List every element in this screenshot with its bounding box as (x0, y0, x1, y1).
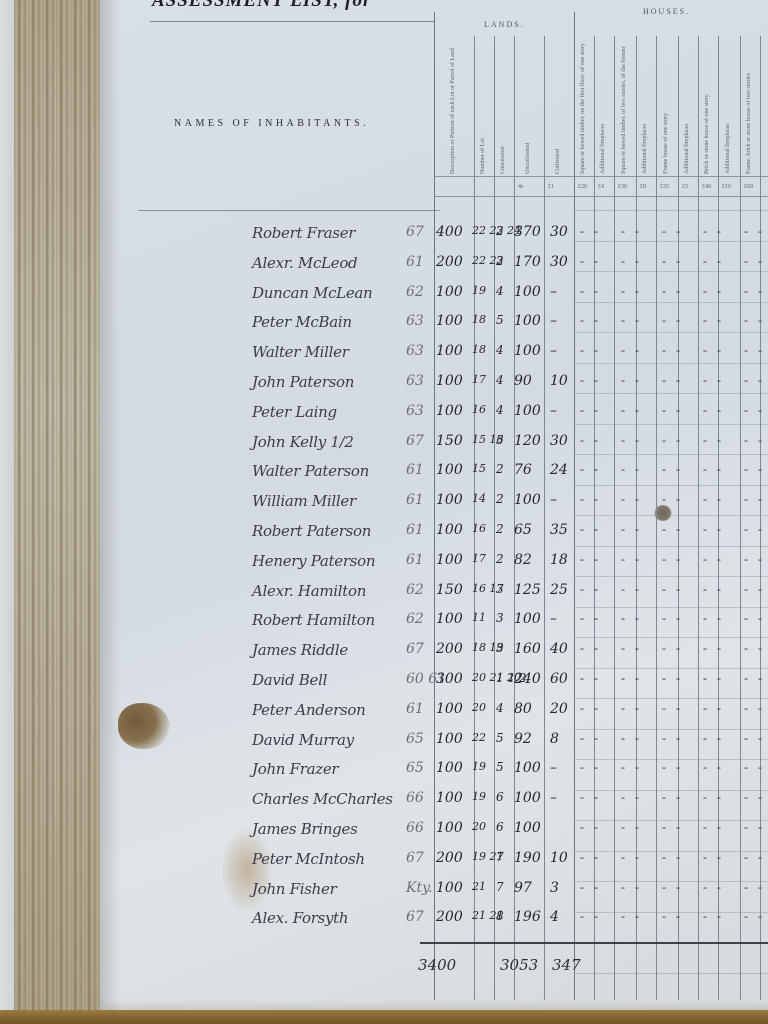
cell-lot-no: 4 (496, 701, 504, 715)
house-blank-marks: -- -- -- -- -- -- -- -- -- (580, 760, 768, 775)
cell-lot-no: 2 (496, 462, 504, 476)
cell-acres: 300 (436, 671, 463, 687)
column-unit: £5 (682, 184, 688, 190)
cell-uncultivated: 240 (514, 671, 541, 687)
cell-acres: 100 (436, 701, 463, 717)
table-row: Alexr. Hamilton6215016 17312525-- -- -- … (0, 582, 768, 610)
cell-acres: 100 (436, 760, 463, 776)
table-row: Peter Laing63100164100–-- -- -- -- -- --… (0, 403, 768, 431)
cell-lot-no: 4 (496, 373, 504, 387)
cell-lot: 63 (406, 403, 424, 419)
cell-name: David Bell (252, 671, 327, 689)
column-unit: £8 (640, 184, 646, 190)
table-row: John Paterson631001749010-- -- -- -- -- … (0, 373, 768, 401)
cell-lot: 65 (406, 731, 424, 747)
table-row: John Kelly 1/26715015 16312030-- -- -- -… (0, 433, 768, 461)
cell-acres: 100 (436, 462, 463, 478)
cell-lot: 61 (406, 462, 424, 478)
cell-lot-no: 2 (496, 492, 504, 506)
cell-name: John Fisher (252, 880, 336, 898)
cell-uncultivated: 80 (514, 701, 532, 717)
cell-con: 19 (472, 284, 486, 297)
cell-acres: 100 (436, 403, 463, 419)
cell-cultivated: 24 (550, 462, 568, 478)
cell-name: Peter Anderson (252, 701, 365, 719)
cell-name: James Bringes (252, 820, 357, 838)
cell-lot: 61 (406, 254, 424, 270)
page-title: ASSESSMENT LIST, for (152, 0, 371, 12)
cell-lot-no: 4 (496, 403, 504, 417)
cell-acres: 150 (436, 433, 463, 449)
cell-cultivated: 20 (550, 701, 568, 717)
table-row: John Frazer65100195100–-- -- -- -- -- --… (0, 760, 768, 788)
column-header: Frame, brick or stone house of two stori… (746, 40, 753, 174)
cell-lot-no: 4 (496, 284, 504, 298)
table-row: David Bell60 6130020 21 201 1 224060-- -… (0, 671, 768, 699)
table-row: Peter McBain63100185100–-- -- -- -- -- -… (0, 313, 768, 341)
cell-lot: 67 (406, 224, 424, 240)
cell-cultivated: 35 (550, 522, 568, 538)
cell-acres: 100 (436, 880, 463, 896)
house-blank-marks: -- -- -- -- -- -- -- -- -- (580, 820, 768, 835)
cell-cultivated: – (550, 343, 557, 359)
cell-uncultivated: 100 (514, 343, 541, 359)
cell-acres: 100 (436, 820, 463, 836)
cell-name: Robert Paterson (252, 522, 371, 540)
cell-name: Walter Paterson (252, 462, 369, 480)
column-unit: £20 (578, 184, 587, 190)
column-header: Additional fireplaces (725, 40, 732, 174)
cell-uncultivated: 190 (514, 850, 541, 866)
cell-lot-no: 2 (496, 552, 504, 566)
house-blank-marks: -- -- -- -- -- -- -- -- -- (580, 313, 768, 328)
cell-acres: 200 (436, 254, 463, 270)
table-row: Peter Anderson611002048020-- -- -- -- --… (0, 701, 768, 729)
cell-name: Duncan McLean (252, 284, 372, 302)
cell-con: 11 (472, 611, 486, 624)
cell-uncultivated: 170 (514, 254, 541, 270)
column-header: Uncultivated (525, 40, 532, 174)
cell-acres: 100 (436, 492, 463, 508)
house-blank-marks: -- -- -- -- -- -- -- -- -- (580, 582, 768, 597)
cell-uncultivated: 100 (514, 611, 541, 627)
cell-acres: 100 (436, 552, 463, 568)
cell-uncultivated: 196 (514, 909, 541, 925)
cell-con: 20 (472, 820, 486, 833)
total-rule (420, 942, 768, 944)
cell-cultivated: – (550, 313, 557, 329)
cell-cultivated: – (550, 760, 557, 776)
table-row: Peter McIntosh6720019 21719010-- -- -- -… (0, 850, 768, 878)
cell-name: Peter McIntosh (252, 850, 365, 868)
column-unit: £30 (618, 184, 627, 190)
table-row: James Riddle6720018 19316040-- -- -- -- … (0, 641, 768, 669)
cell-con: 19 (472, 760, 486, 773)
column-header: Additional fireplaces (684, 40, 691, 174)
cell-uncultivated: 82 (514, 552, 532, 568)
cell-lot-no: 4 (496, 343, 504, 357)
cell-lot-no: 2 (496, 254, 504, 268)
cell-lot: 62 (406, 611, 424, 627)
page-bottom-edge (100, 1000, 768, 1010)
cell-lot: 61 (406, 552, 424, 568)
table-row: Alexr. McLeod6120022 23217030-- -- -- --… (0, 254, 768, 282)
cell-con: 20 (472, 701, 486, 714)
cell-lot: 67 (406, 433, 424, 449)
cell-con: 16 (472, 403, 486, 416)
cell-acres: 400 (436, 224, 463, 240)
cell-uncultivated: 100 (514, 284, 541, 300)
cell-lot: 61 (406, 522, 424, 538)
cell-con: 16 (472, 522, 486, 535)
column-header: Description or Portion of each Lot or Pa… (450, 40, 457, 174)
cell-acres: 100 (436, 522, 463, 538)
table-row: Alex. Forsyth6720021 2181964-- -- -- -- … (0, 909, 768, 937)
cell-con: 14 (472, 492, 486, 505)
cell-lot-no: 7 (496, 880, 504, 894)
cell-name: Alex. Forsyth (252, 909, 348, 927)
cell-cultivated: 18 (550, 552, 568, 568)
column-header: Additional fireplaces (642, 40, 649, 174)
house-blank-marks: -- -- -- -- -- -- -- -- -- (580, 850, 768, 865)
houses-group-label: HOUSES. (643, 7, 690, 16)
table-edge (0, 1010, 768, 1024)
title-rule (150, 21, 435, 22)
cell-lot: 62 (406, 284, 424, 300)
cell-uncultivated: 90 (514, 373, 532, 389)
cell-con: 17 (472, 552, 486, 565)
column-unit: 4s (518, 184, 523, 190)
row-rule (574, 973, 768, 974)
table-row: James Bringes66100206100-- -- -- -- -- -… (0, 820, 768, 848)
cell-lot-no: 6 (496, 790, 504, 804)
cell-con: 15 (472, 462, 486, 475)
table-row: Robert Fraser6740022 23 24237030-- -- --… (0, 224, 768, 252)
house-blank-marks: -- -- -- -- -- -- -- -- -- (580, 254, 768, 269)
cell-lot: 61 (406, 492, 424, 508)
cell-lot-no: 2 (496, 522, 504, 536)
cell-lot: 66 (406, 820, 424, 836)
house-blank-marks: -- -- -- -- -- -- -- -- -- (580, 790, 768, 805)
table-row: Charles McCharles66100196100–-- -- -- --… (0, 790, 768, 818)
header-rule (138, 210, 440, 211)
column-header: Cultivated (555, 40, 562, 174)
table-row: Walter Paterson611001527624-- -- -- -- -… (0, 462, 768, 490)
cell-uncultivated: 65 (514, 522, 532, 538)
lands-group-label: LANDS. (484, 20, 525, 29)
cell-name: John Paterson (252, 373, 354, 391)
cell-acres: 150 (436, 582, 463, 598)
column-header: Number of Lot (480, 40, 487, 174)
house-blank-marks: -- -- -- -- -- -- -- -- -- (580, 880, 768, 895)
cell-uncultivated: 100 (514, 790, 541, 806)
column-unit: £35 (660, 184, 669, 190)
cell-uncultivated: 92 (514, 731, 532, 747)
cell-cultivated: 30 (550, 254, 568, 270)
column-unit: £1 (548, 184, 554, 190)
cell-uncultivated: 97 (514, 880, 532, 896)
cell-name: Peter McBain (252, 313, 352, 331)
cell-cultivated: 3 (550, 880, 559, 896)
column-header: Additional fireplaces (600, 40, 607, 174)
cell-lot: 67 (406, 641, 424, 657)
cell-acres: 100 (436, 790, 463, 806)
house-blank-marks: -- -- -- -- -- -- -- -- -- (580, 403, 768, 418)
cell-lot-no: 3 (496, 433, 504, 447)
cell-lot: Kty. (406, 880, 433, 896)
cell-uncultivated: 100 (514, 403, 541, 419)
column-header: Frame house of one story (663, 40, 670, 174)
table-row: John FisherKty.100217973-- -- -- -- -- -… (0, 880, 768, 908)
cell-acres: 100 (436, 343, 463, 359)
cell-name: James Riddle (252, 641, 348, 659)
table-row: Robert Paterson611001626535-- -- -- -- -… (0, 522, 768, 550)
cell-uncultivated: 100 (514, 760, 541, 776)
cell-lot: 67 (406, 909, 424, 925)
cell-con: 22 (472, 731, 486, 744)
cell-lot-no: 3 (496, 611, 504, 625)
cell-name: Alexr. Hamilton (252, 582, 366, 600)
cell-lot: 63 (406, 373, 424, 389)
row-rule (574, 210, 768, 211)
house-blank-marks: -- -- -- -- -- -- -- -- -- (580, 731, 768, 746)
cell-cultivated: – (550, 790, 557, 806)
column-header: Square or hewed timber, on the first flo… (580, 40, 587, 174)
cell-name: Alexr. McLeod (252, 254, 357, 272)
table-row: David Murray65100225928-- -- -- -- -- --… (0, 731, 768, 759)
cell-name: Henery Paterson (252, 552, 375, 570)
cell-lot-no: 3 (496, 641, 504, 655)
cell-cultivated: 25 (550, 582, 568, 598)
cell-lot: 67 (406, 850, 424, 866)
cell-con: 17 (472, 373, 486, 386)
cell-acres: 200 (436, 641, 463, 657)
house-blank-marks: -- -- -- -- -- -- -- -- -- (580, 641, 768, 656)
cell-name: Walter Miller (252, 343, 349, 361)
cell-acres: 100 (436, 611, 463, 627)
cell-lot: 62 (406, 582, 424, 598)
cell-cultivated: – (550, 611, 557, 627)
cell-con: 18 (472, 313, 486, 326)
column-header: Square or hewed timber, of two stories, … (621, 40, 628, 174)
cell-uncultivated: 370 (514, 224, 541, 240)
column-header: Brick or stone house of one story (704, 40, 711, 174)
house-blank-marks: -- -- -- -- -- -- -- -- -- (580, 373, 768, 388)
cell-con: 19 (472, 790, 486, 803)
cell-cultivated: 10 (550, 373, 568, 389)
house-blank-marks: -- -- -- -- -- -- -- -- -- (580, 492, 768, 507)
column-unit: £60 (744, 184, 753, 190)
house-blank-marks: -- -- -- -- -- -- -- -- -- (580, 522, 768, 537)
cell-lot-no: 5 (496, 731, 504, 745)
header-rule (434, 176, 768, 177)
cell-acres: 100 (436, 731, 463, 747)
cell-name: John Kelly 1/2 (252, 433, 354, 451)
table-row: William Miller61100142100–-- -- -- -- --… (0, 492, 768, 520)
cell-name: William Miller (252, 492, 356, 510)
cell-name: John Frazer (252, 760, 338, 778)
cell-cultivated: 10 (550, 850, 568, 866)
cell-cultivated: 30 (550, 224, 568, 240)
ledger-photo: ASSESSMENT LIST, for NAMES OF INHABITANT… (0, 0, 768, 1024)
cell-con: 18 (472, 343, 486, 356)
cell-uncultivated: 160 (514, 641, 541, 657)
cell-name: Robert Hamilton (252, 611, 375, 629)
cell-lot-no: 7 (496, 850, 504, 864)
header-rule (434, 196, 768, 197)
cell-name: Robert Fraser (252, 224, 355, 242)
column-header: Concession (500, 40, 507, 174)
cell-cultivated: 60 (550, 671, 568, 687)
cell-lot-no: 5 (496, 760, 504, 774)
cell-lot-no: 2 (496, 224, 504, 238)
column-unit: £4 (598, 184, 604, 190)
cell-lot: 63 (406, 343, 424, 359)
total-acres: 3400 (418, 956, 456, 974)
table-row: Henery Paterson611001728218-- -- -- -- -… (0, 552, 768, 580)
total-uncultivated: 3053 (500, 956, 538, 974)
cell-uncultivated: 76 (514, 462, 532, 478)
house-blank-marks: -- -- -- -- -- -- -- -- -- (580, 909, 768, 924)
cell-lot-no: 3 (496, 582, 504, 596)
cell-acres: 200 (436, 850, 463, 866)
cell-uncultivated: 100 (514, 313, 541, 329)
cell-cultivated: 30 (550, 433, 568, 449)
house-blank-marks: -- -- -- -- -- -- -- -- -- (580, 433, 768, 448)
column-unit: £40 (702, 184, 711, 190)
cell-acres: 100 (436, 284, 463, 300)
house-blank-marks: -- -- -- -- -- -- -- -- -- (580, 343, 768, 358)
house-blank-marks: -- -- -- -- -- -- -- -- -- (580, 224, 768, 239)
total-cultivated: 347 (552, 956, 581, 974)
names-column-header: NAMES OF INHABITANTS. (174, 118, 369, 129)
cell-name: Charles McCharles (252, 790, 393, 808)
cell-lot: 66 (406, 790, 424, 806)
house-blank-marks: -- -- -- -- -- -- -- -- -- (580, 284, 768, 299)
cell-name: David Murray (252, 731, 354, 749)
house-blank-marks: -- -- -- -- -- -- -- -- -- (580, 611, 768, 626)
cell-cultivated: – (550, 284, 557, 300)
cell-cultivated: – (550, 492, 557, 508)
cell-lot-no: 6 (496, 820, 504, 834)
cell-lot: 65 (406, 760, 424, 776)
house-blank-marks: -- -- -- -- -- -- -- -- -- (580, 462, 768, 477)
cell-lot: 61 (406, 701, 424, 717)
cell-uncultivated: 100 (514, 820, 541, 836)
cell-acres: 200 (436, 909, 463, 925)
cell-cultivated: 4 (550, 909, 559, 925)
table-row: Duncan McLean62100194100–-- -- -- -- -- … (0, 284, 768, 312)
house-blank-marks: -- -- -- -- -- -- -- -- -- (580, 671, 768, 686)
cell-acres: 100 (436, 373, 463, 389)
cell-con: 21 (472, 880, 486, 893)
cell-cultivated: 8 (550, 731, 559, 747)
house-blank-marks: -- -- -- -- -- -- -- -- -- (580, 552, 768, 567)
cell-uncultivated: 100 (514, 492, 541, 508)
cell-uncultivated: 125 (514, 582, 541, 598)
cell-name: Peter Laing (252, 403, 337, 421)
cell-lot: 63 (406, 313, 424, 329)
cell-cultivated: – (550, 403, 557, 419)
cell-cultivated: 40 (550, 641, 568, 657)
cell-uncultivated: 120 (514, 433, 541, 449)
cell-acres: 100 (436, 313, 463, 329)
column-unit: £10 (722, 184, 731, 190)
cell-lot-no: 8 (496, 909, 504, 923)
house-blank-marks: -- -- -- -- -- -- -- -- -- (580, 701, 768, 716)
cell-lot-no: 5 (496, 313, 504, 327)
table-row: Robert Hamilton62100113100–-- -- -- -- -… (0, 611, 768, 639)
table-row: Walter Miller63100184100–-- -- -- -- -- … (0, 343, 768, 371)
